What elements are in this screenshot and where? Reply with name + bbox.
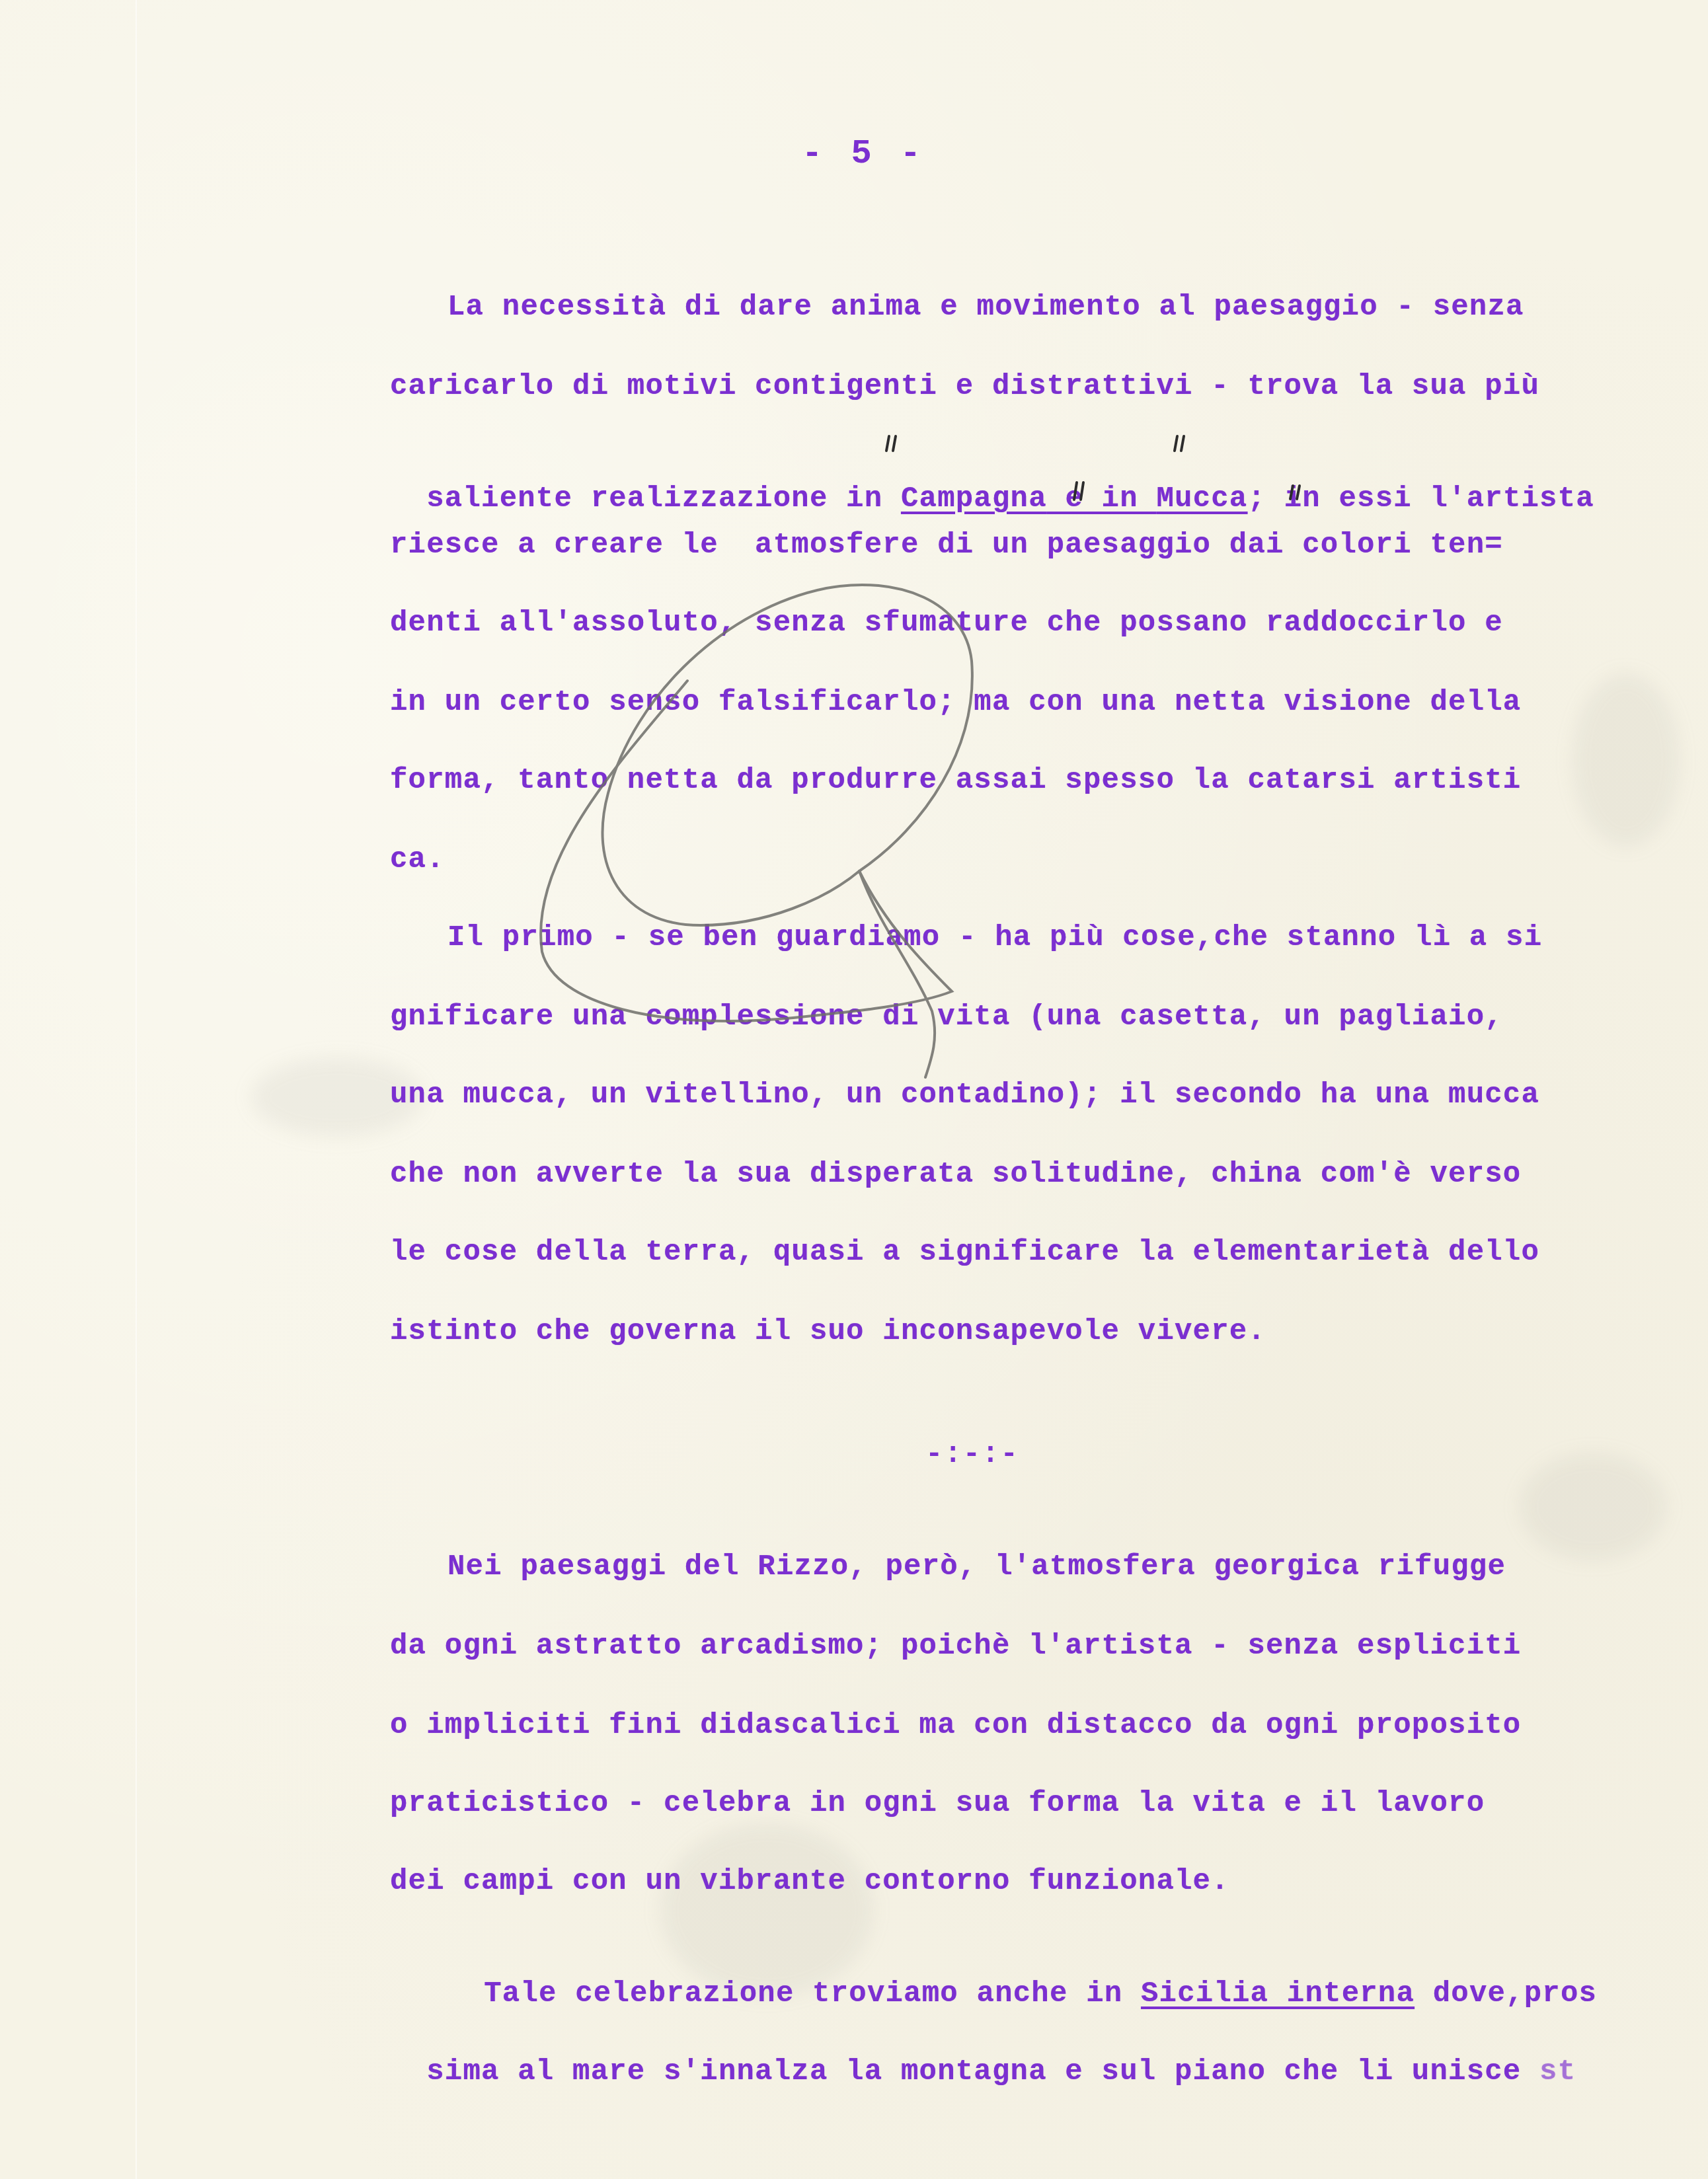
text-run: Tale celebrazione troviamo anche in [484, 1977, 1141, 2010]
text-line: in un certo senso falsificarlo; ma con u… [390, 686, 1521, 719]
text-run: ; in essi l'artista [1247, 482, 1594, 516]
text-line: forma, tanto netta da produrre assai spe… [390, 764, 1521, 797]
text-line: saliente realizzazione in Campagna e in … [390, 449, 1594, 516]
text-line: o impliciti fini didascalici ma con dist… [390, 1709, 1521, 1742]
page-number: - 5 - [802, 134, 925, 173]
text-line: dei campi con un vibrante contorno funzi… [390, 1865, 1229, 1898]
text-run-faded: st [1521, 2055, 1576, 2088]
text-line: ca. [390, 843, 445, 876]
work-title-campagna: Campagna [901, 482, 1047, 516]
work-title-mucca: Mucca [1156, 482, 1247, 516]
text-line: Tale celebrazione troviamo anche in Sici… [447, 1944, 1597, 2010]
work-title-sicilia-interna: Sicilia interna [1141, 1977, 1415, 2010]
smudge [1573, 674, 1679, 846]
text-line: da ogni astratto arcadismo; poichè l'art… [390, 1630, 1521, 1663]
text-line: una mucca, un vitellino, un contadino); … [390, 1079, 1539, 1112]
text-line: denti all'assoluto, senza sfumature che … [390, 607, 1503, 640]
text-line: le cose della terra, quasi a significare… [390, 1236, 1539, 1269]
smudge [1520, 1454, 1666, 1560]
text-line: Il primo - se ben guardiamo - ha più cos… [447, 921, 1542, 954]
text-line: praticistico - celebra in ogni sua forma… [390, 1787, 1485, 1820]
text-line: Nei paesaggi del Rizzo, però, l'atmosfer… [447, 1550, 1506, 1584]
text-line: istinto che governa il suo inconsapevole… [390, 1315, 1266, 1348]
text-line: caricarlo di motivi contigenti e distrat… [390, 370, 1539, 403]
text-run: saliente realizzazione in [426, 482, 901, 516]
text-line: che non avverte la sua disperata solitud… [390, 1158, 1521, 1191]
text-run: sima al mare s'innalza la montagna e sul… [426, 2055, 1521, 2088]
text-line: riesce a creare le atmosfere di un paesa… [390, 529, 1503, 562]
section-separator: -:-:- [925, 1438, 1019, 1471]
text-line: sima al mare s'innalza la montagna e sul… [390, 2022, 1576, 2088]
text-run: dove,pros [1415, 1977, 1597, 2010]
text-run: e in [1047, 482, 1157, 516]
text-line: La necessità di dare anima e movimento a… [447, 291, 1524, 324]
paper-fold-line [136, 0, 137, 2179]
text-line: gnificare una complessione di vita (una … [390, 1001, 1503, 1034]
